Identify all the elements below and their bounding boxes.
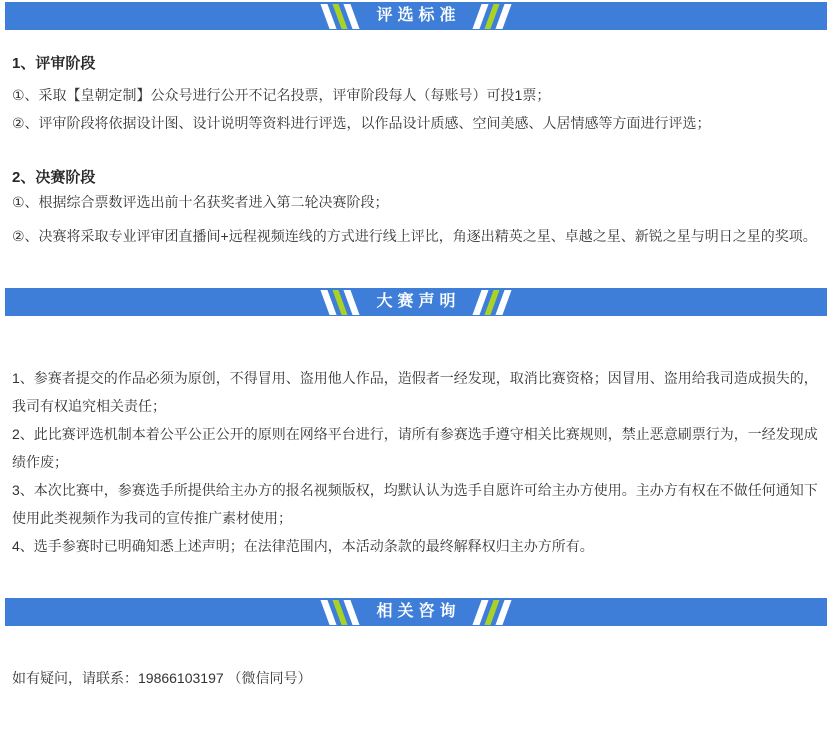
paragraph-final-item-1: ①、根据综合票数评选出前十名获奖者进入第二轮决赛阶段；: [12, 188, 823, 216]
left-slashes-decoration: [325, 4, 355, 29]
paragraph-review-item-2: ②、评审阶段将依据设计图、设计说明等资料进行评选，以作品设计质感、空间美感、人居…: [12, 109, 823, 137]
contact-info: 如有疑问，请联系：19866103197 （微信同号）: [0, 664, 835, 692]
statement-item-2: 2、此比赛评选机制本着公平公正公开的原则在网络平台进行，请所有参赛选手遵守相关比…: [12, 420, 823, 476]
paragraph-review-item-1: ①、采取【皇朝定制】公众号进行公开不记名投票，评审阶段每人（每账号）可投1票；: [12, 81, 823, 109]
section-competition-statement: 1、参赛者提交的作品必须为原创，不得冒用、盗用他人作品，造假者一经发现，取消比赛…: [0, 364, 835, 560]
statement-item-1: 1、参赛者提交的作品必须为原创，不得冒用、盗用他人作品，造假者一经发现，取消比赛…: [12, 364, 823, 420]
banner-title-competition-statement: 大赛声明: [371, 288, 460, 316]
right-slashes-decoration: [477, 600, 507, 625]
banner-title-related-consultation: 相关咨询: [371, 598, 460, 626]
section-selection-criteria: 1、评审阶段 ①、采取【皇朝定制】公众号进行公开不记名投票，评审阶段每人（每账号…: [0, 54, 835, 250]
banner-selection-criteria: 评选标准: [5, 2, 827, 30]
subsection-heading-final-stage: 2、决赛阶段: [12, 168, 823, 188]
paragraph-final-item-2: ②、决赛将采取专业评审团直播间+远程视频连线的方式进行线上评比，角逐出精英之星、…: [12, 222, 823, 250]
statement-item-3: 3、本次比赛中，参赛选手所提供给主办方的报名视频版权，均默认认为选手自愿许可给主…: [12, 476, 823, 532]
banner-title-selection-criteria: 评选标准: [371, 2, 460, 30]
banner-competition-statement: 大赛声明: [5, 288, 827, 316]
left-slashes-decoration: [325, 290, 355, 315]
subsection-heading-review-stage: 1、评审阶段: [12, 54, 823, 74]
banner-related-consultation: 相关咨询: [5, 598, 827, 626]
statement-item-4: 4、选手参赛时已明确知悉上述声明；在法律范围内，本活动条款的最终解释权归主办方所…: [12, 532, 823, 560]
right-slashes-decoration: [477, 290, 507, 315]
article-page: 评选标准 1、评审阶段 ①、采取【皇朝定制】公众号进行公开不记名投票，评审阶段每…: [0, 2, 835, 692]
left-slashes-decoration: [325, 600, 355, 625]
right-slashes-decoration: [477, 4, 507, 29]
